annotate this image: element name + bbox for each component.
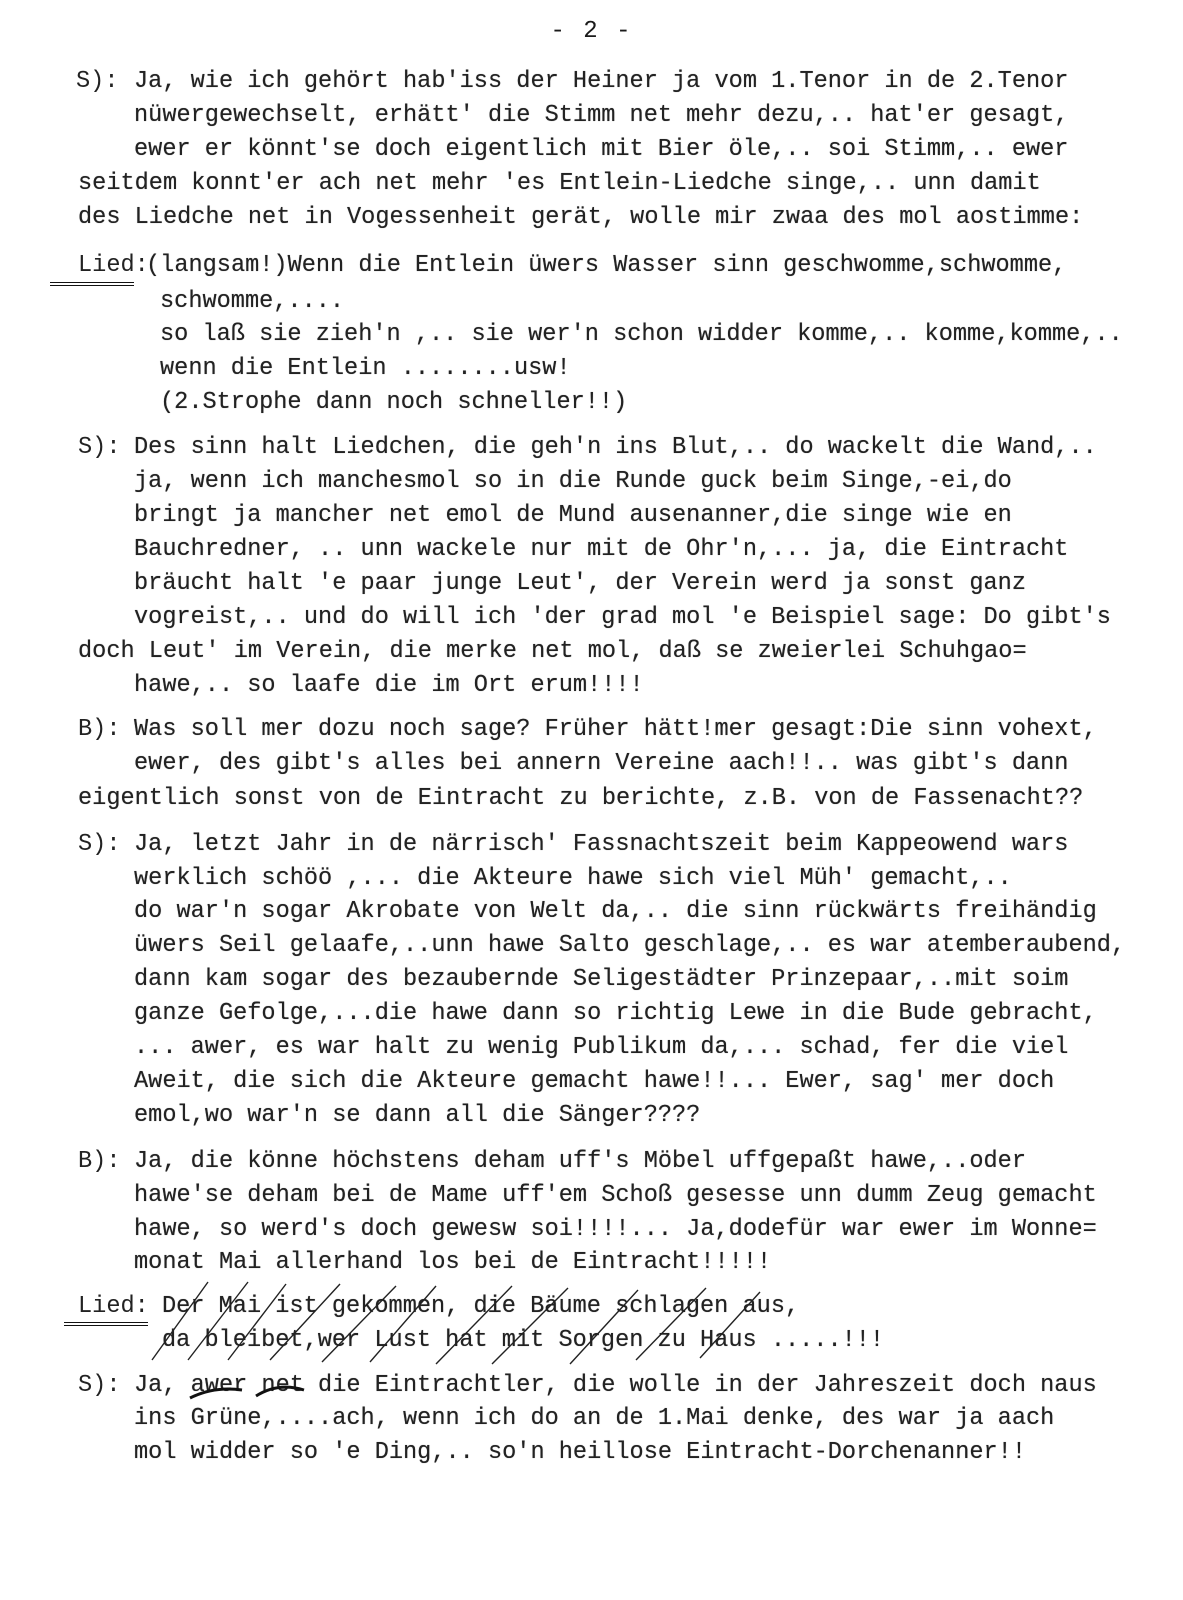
song-line: schwomme,.... (160, 288, 344, 316)
typewritten-page: - 2 - S): Ja, wie ich gehört hab'iss der… (0, 0, 1183, 1600)
text-line: ewer er könnt'se doch eigentlich mit Bie… (134, 136, 1068, 164)
text-line: Ja, die könne höchstens deham uff's Möbe… (134, 1148, 1026, 1176)
text-line: dann kam sogar des bezaubernde Seligestä… (134, 966, 1068, 994)
text-line: eigentlich sonst von de Eintracht zu ber… (78, 785, 1083, 813)
text-line: monat Mai allerhand los bei de Eintracht… (134, 1249, 771, 1277)
speaker-label: S): (78, 831, 120, 859)
text-line: Ja, wie ich gehört hab'iss der Heiner ja… (134, 68, 1068, 96)
text-line: bringt ja mancher net emol de Mund ausen… (134, 502, 1012, 530)
speaker-label: S): (78, 434, 120, 462)
text-line: ins Grüne,....ach, wenn ich do an de 1.M… (134, 1405, 1054, 1433)
struck-song-line: Der Mai ist gekommen, die Bäume schlagen… (162, 1293, 799, 1321)
text-line: emol,wo war'n se dann all die Sänger???? (134, 1102, 700, 1130)
text-line: werklich schöö ,... die Akteure hawe sic… (134, 865, 1012, 893)
text-line: Ja, awer net die Eintrachtler, die wolle… (134, 1372, 1097, 1400)
lied-label: Lied: (78, 252, 149, 280)
struck-song-line: da bleibet,wer Lust hat mit Sorgen zu Ha… (162, 1327, 884, 1355)
text-line: des Liedche net in Vogessenheit gerät, w… (78, 204, 1083, 232)
speaker-label: S): (78, 1372, 120, 1400)
text-line: bräucht halt 'e paar junge Leut', der Ve… (134, 570, 1026, 598)
song-line: (2.Strophe dann noch schneller!!) (160, 389, 627, 417)
text-line: ganze Gefolge,...die hawe dann so richti… (134, 1000, 1097, 1028)
text-line: Des sinn halt Liedchen, die geh'n ins Bl… (134, 434, 1097, 462)
text-line: vogreist,.. und do will ich 'der grad mo… (134, 604, 1111, 632)
song-line: (langsam!)Wenn die Entlein üwers Wasser … (146, 252, 1066, 280)
text-line: hawe, so werd's doch gewesw soi!!!!... J… (134, 1216, 1097, 1244)
text-line: do war'n sogar Akrobate von Welt da,.. d… (134, 898, 1097, 926)
text-line: Was soll mer dozu noch sage? Früher hätt… (134, 716, 1097, 744)
double-underline (64, 1322, 148, 1326)
speaker-label: S): (76, 68, 118, 96)
text-line: mol widder so 'e Ding,.. so'n heillose E… (134, 1439, 1026, 1467)
double-underline (50, 282, 134, 286)
text-line: üwers Seil gelaafe,..unn hawe Salto gesc… (134, 932, 1125, 960)
text-line: Aweit, die sich die Akteure gemacht hawe… (134, 1068, 1054, 1096)
speaker-label: B): (78, 1148, 120, 1176)
text-line: Ja, letzt Jahr in de närrisch' Fassnacht… (134, 831, 1068, 859)
speaker-label: B): (78, 716, 120, 744)
page-number: - 2 - (0, 18, 1183, 45)
text-line: nüwergewechselt, erhätt' die Stimm net m… (134, 102, 1068, 130)
text-line: ja, wenn ich manchesmol so in die Runde … (134, 468, 1012, 496)
text-line: ewer, des gibt's alles bei annern Verein… (134, 750, 1068, 778)
song-line: wenn die Entlein ........usw! (160, 355, 571, 383)
lied-label: Lied: (78, 1293, 149, 1321)
text-line: doch Leut' im Verein, die merke net mol,… (78, 638, 1027, 666)
song-line: so laß sie zieh'n ,.. sie wer'n schon wi… (160, 321, 1123, 349)
text-line: ... awer, es war halt zu wenig Publikum … (134, 1034, 1068, 1062)
text-line: hawe,.. so laafe die im Ort erum!!!! (134, 672, 644, 700)
text-line: Bauchredner, .. unn wackele nur mit de O… (134, 536, 1068, 564)
text-line: hawe'se deham bei de Mame uff'em Schoß g… (134, 1182, 1097, 1210)
text-line: seitdem konnt'er ach net mehr 'es Entlei… (78, 170, 1041, 198)
